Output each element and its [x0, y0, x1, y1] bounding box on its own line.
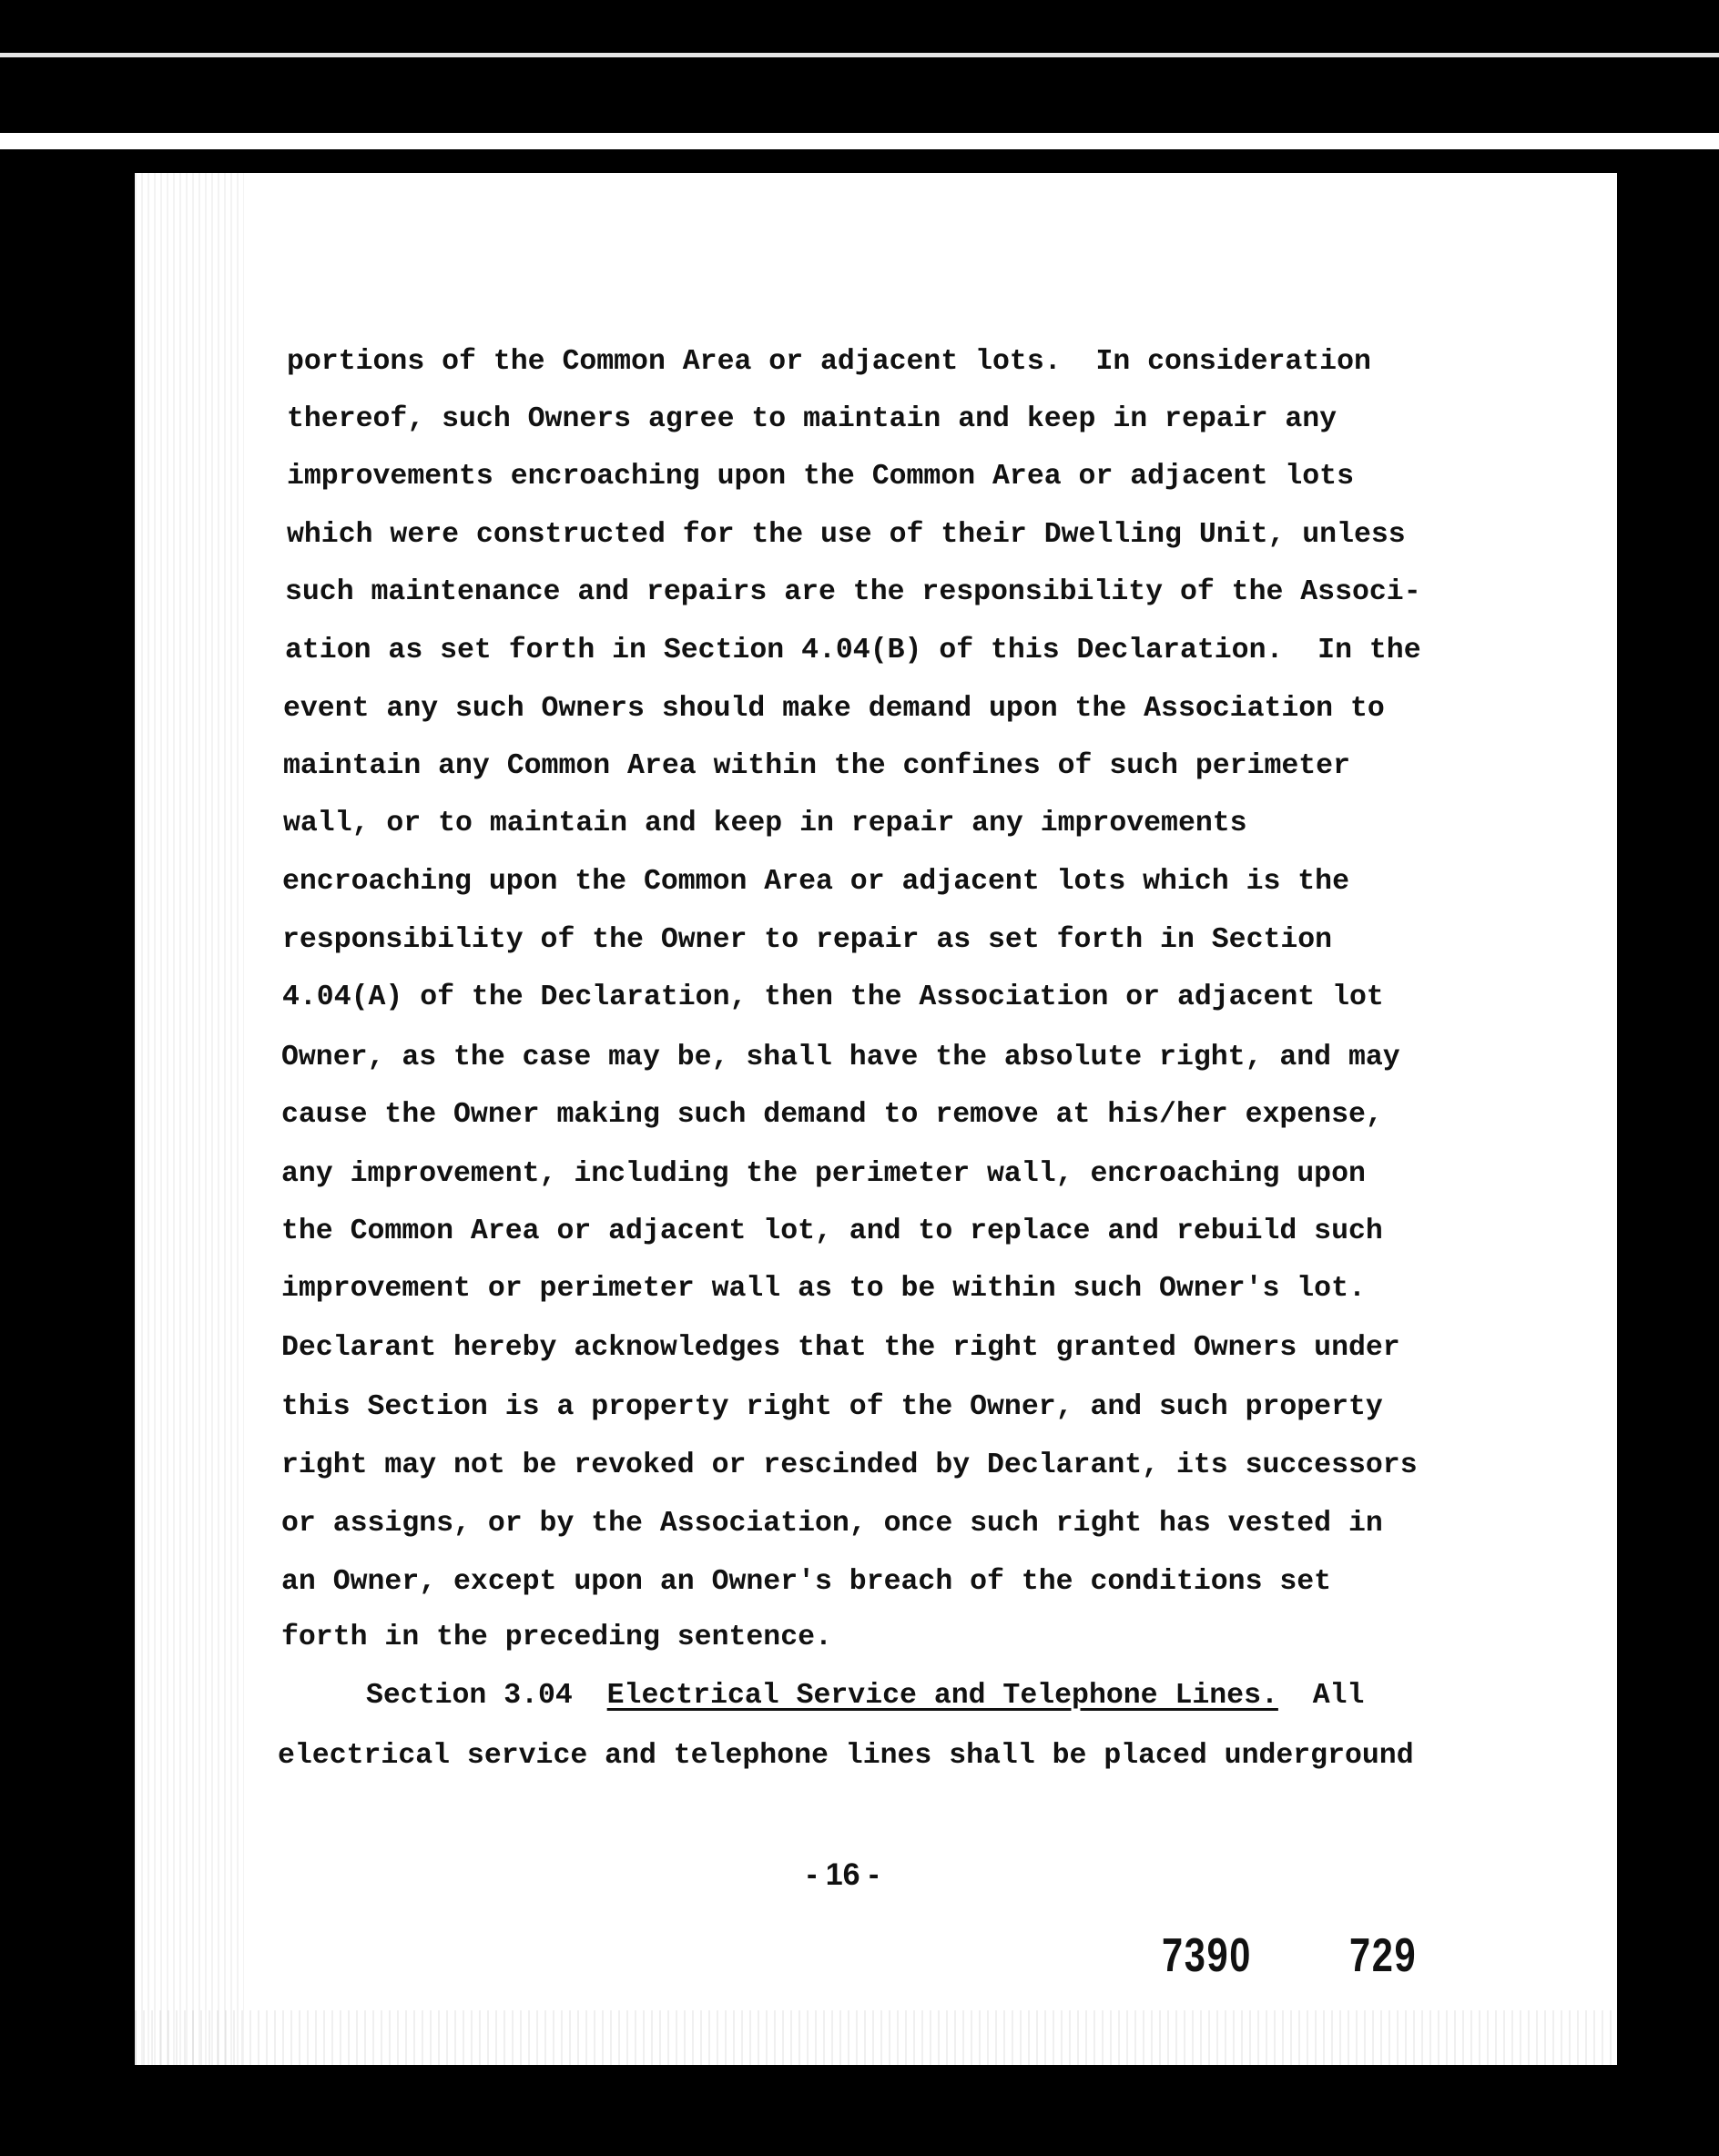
text-line: 4.04(A) of the Declaration, then the Ass…: [282, 981, 1384, 1013]
stamp-book-number: 7390: [1162, 1928, 1252, 1983]
section-text: All: [1313, 1680, 1365, 1712]
text-line: cause the Owner making such demand to re…: [281, 1099, 1383, 1131]
text-line: improvements encroaching upon the Common…: [287, 461, 1354, 493]
text-line: right may not be revoked or rescinded by…: [281, 1449, 1418, 1481]
stamp-page-number: 729: [1349, 1928, 1417, 1983]
text-line: any improvement, including the perimeter…: [281, 1158, 1366, 1190]
text-line: the Common Area or adjacent lot, and to …: [281, 1215, 1383, 1247]
text-line: ation as set forth in Section 4.04(B) of…: [285, 635, 1421, 666]
text-line: Declarant hereby acknowledges that the r…: [281, 1332, 1400, 1364]
text-line: which were constructed for the use of th…: [287, 519, 1406, 551]
scan-border-band: [0, 133, 1719, 149]
text-line: such maintenance and repairs are the res…: [285, 576, 1421, 608]
text-line: forth in the preceding sentence.: [281, 1622, 832, 1653]
text-line: an Owner, except upon an Owner's breach …: [281, 1566, 1331, 1598]
text-line: wall, or to maintain and keep in repair …: [283, 808, 1247, 839]
section-title: Electrical Service and Telephone Lines.: [607, 1680, 1278, 1712]
page-number: - 16 -: [807, 1857, 879, 1893]
scan-noise: [135, 173, 244, 2065]
text-line: electrical service and telephone lines s…: [278, 1740, 1414, 1772]
text-line: this Section is a property right of the …: [281, 1391, 1383, 1423]
text-line: portions of the Common Area or adjacent …: [287, 346, 1371, 378]
text-line: Owner, as the case may be, shall have th…: [281, 1042, 1400, 1073]
text-line: responsibility of the Owner to repair as…: [282, 924, 1332, 956]
scan-noise: [135, 2010, 1617, 2065]
text-line: encroaching upon the Common Area or adja…: [282, 866, 1349, 898]
text-line: or assigns, or by the Association, once …: [281, 1508, 1383, 1540]
text-line: event any such Owners should make demand…: [283, 693, 1385, 725]
section-heading-line: Section 3.04 Electrical Service and Tele…: [366, 1680, 1364, 1712]
text-line: improvement or perimeter wall as to be w…: [281, 1273, 1366, 1305]
scan-border-line: [0, 53, 1719, 57]
text-line: maintain any Common Area within the conf…: [283, 750, 1350, 782]
text-line: thereof, such Owners agree to maintain a…: [287, 403, 1337, 435]
section-label: Section 3.04: [366, 1680, 573, 1712]
